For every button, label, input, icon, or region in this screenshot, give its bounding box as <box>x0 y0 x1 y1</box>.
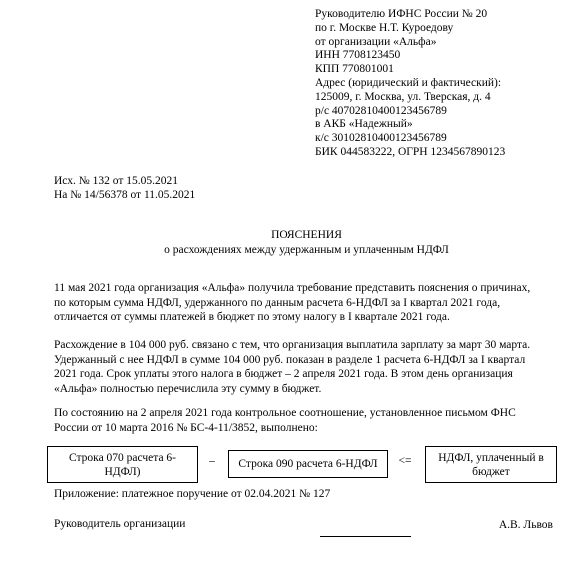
outgoing-ref: Исх. № 132 от 15.05.2021 <box>54 174 195 188</box>
signature-role: Руководитель организации <box>54 518 185 530</box>
control-ratio-formula: Строка 070 расчета 6- НДФЛ) – Строка 090… <box>0 446 585 486</box>
recipient-address-block: Руководителю ИФНС России № 20 по г. Моск… <box>315 8 505 160</box>
document-title: ПОЯСНЕНИЯ <box>54 228 559 243</box>
signature-line <box>320 522 411 537</box>
signature-name: А.В. Львов <box>453 519 553 531</box>
document-page: Руководителю ИФНС России № 20 по г. Моск… <box>0 0 585 564</box>
minus-operator: – <box>202 455 222 467</box>
document-subtitle: о расхождениях между удержанным и уплаче… <box>54 243 559 258</box>
paragraph-request: 11 мая 2021 года организация «Альфа» пол… <box>54 281 530 325</box>
formula-box-line-090: Строка 090 расчета 6-НДФЛ <box>228 450 388 478</box>
attachment-line: Приложение: платежное поручение от 02.04… <box>54 488 330 500</box>
formula-box-line-070: Строка 070 расчета 6- НДФЛ) <box>47 446 198 483</box>
incoming-ref: На № 14/56378 от 11.05.2021 <box>54 188 195 202</box>
formula-box-paid-ndfl: НДФЛ, уплаченный в бюджет <box>425 446 557 483</box>
reference-block: Исх. № 132 от 15.05.2021 На № 14/56378 о… <box>54 174 195 202</box>
paragraph-explanation: Расхождение в 104 000 руб. связано с тем… <box>54 338 530 396</box>
title-block: ПОЯСНЕНИЯ о расхождениях между удержанны… <box>54 228 559 257</box>
less-equal-operator: <= <box>391 455 419 467</box>
paragraph-control-ratio: По состоянию на 2 апреля 2021 года контр… <box>54 406 516 435</box>
